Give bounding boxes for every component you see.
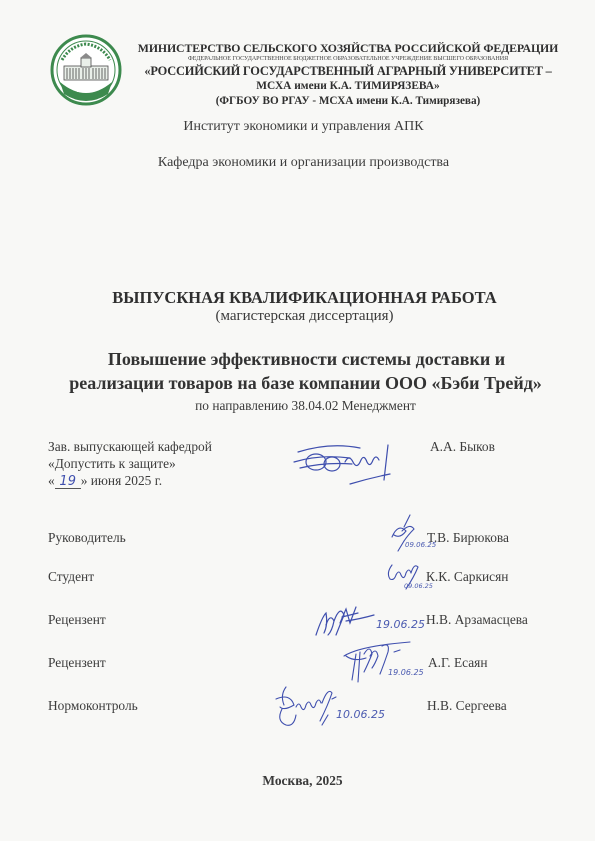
document-page: 1865 МИНИСТЕРСТВО СЕЛЬСКОГО ХОЗЯЙСТВА РО… (0, 0, 595, 841)
topic-line-2: реализации товаров на базе компании ООО … (0, 373, 595, 394)
approval-date: «19» июня 2025 г. (48, 473, 162, 489)
university-short-name: (ФГБОУ ВО РГАУ - МСХА имени К.А. Тимиряз… (128, 95, 568, 107)
institute-name: Институт экономики и управления АПК (0, 119, 595, 135)
signature-reviewer-2 (340, 640, 420, 686)
sign-date-norm-control: 10.06.25 (336, 708, 385, 721)
approval-admit: «Допустить к защите» (48, 456, 176, 472)
name-supervisor: Т.В. Бирюкова (427, 530, 509, 546)
university-name-line2: МСХА имени К.А. ТИМИРЯЗЕВА» (128, 80, 568, 92)
signature-reviewer-1 (312, 603, 382, 643)
role-supervisor: Руководитель (48, 530, 126, 546)
role-reviewer-2: Рецензент (48, 655, 106, 671)
study-direction: по направлению 38.04.02 Менеджмент (0, 398, 595, 414)
name-norm-control: Н.В. Сергеева (427, 698, 507, 714)
role-reviewer-1: Рецензент (48, 612, 106, 628)
role-student: Студент (48, 569, 94, 585)
department-name: Кафедра экономики и организации производ… (0, 155, 595, 171)
name-reviewer-1: Н.В. Арзамасцева (426, 612, 528, 628)
approval-date-rest: » июня 2025 г. (81, 473, 162, 488)
approval-date-open: « (48, 473, 55, 488)
work-type-title: ВЫПУСКНАЯ КВАЛИФИКАЦИОННАЯ РАБОТА (0, 288, 595, 308)
signature-bykov (290, 440, 420, 490)
approval-date-day: 19 (55, 476, 81, 489)
topic-line-1: Повышение эффективности системы доставки… (0, 349, 595, 370)
svg-text:1865: 1865 (76, 86, 96, 94)
ministry-name: МИНИСТЕРСТВО СЕЛЬСКОГО ХОЗЯЙСТВА РОССИЙС… (128, 41, 568, 56)
name-student: К.К. Саркисян (426, 569, 508, 585)
institution-type: ФЕДЕРАЛЬНОЕ ГОСУДАРСТВЕННОЕ БЮДЖЕТНОЕ ОБ… (128, 56, 568, 62)
approval-position: Зав. выпускающей кафедрой (48, 439, 212, 455)
role-norm-control: Нормоконтроль (48, 698, 138, 714)
sign-date-reviewer-1: 19.06.25 (376, 618, 425, 631)
approval-name: А.А. Быков (430, 439, 495, 455)
university-name-line1: «РОССИЙСКИЙ ГОСУДАРСТВЕННЫЙ АГРАРНЫЙ УНИ… (128, 64, 568, 79)
city-year: Москва, 2025 (0, 773, 595, 789)
sign-date-reviewer-2: 19.06.25 (388, 668, 424, 677)
name-reviewer-2: А.Г. Есаян (428, 655, 488, 671)
work-subtype: (магистерская диссертация) (0, 308, 595, 325)
university-seal-icon: 1865 (50, 34, 122, 106)
